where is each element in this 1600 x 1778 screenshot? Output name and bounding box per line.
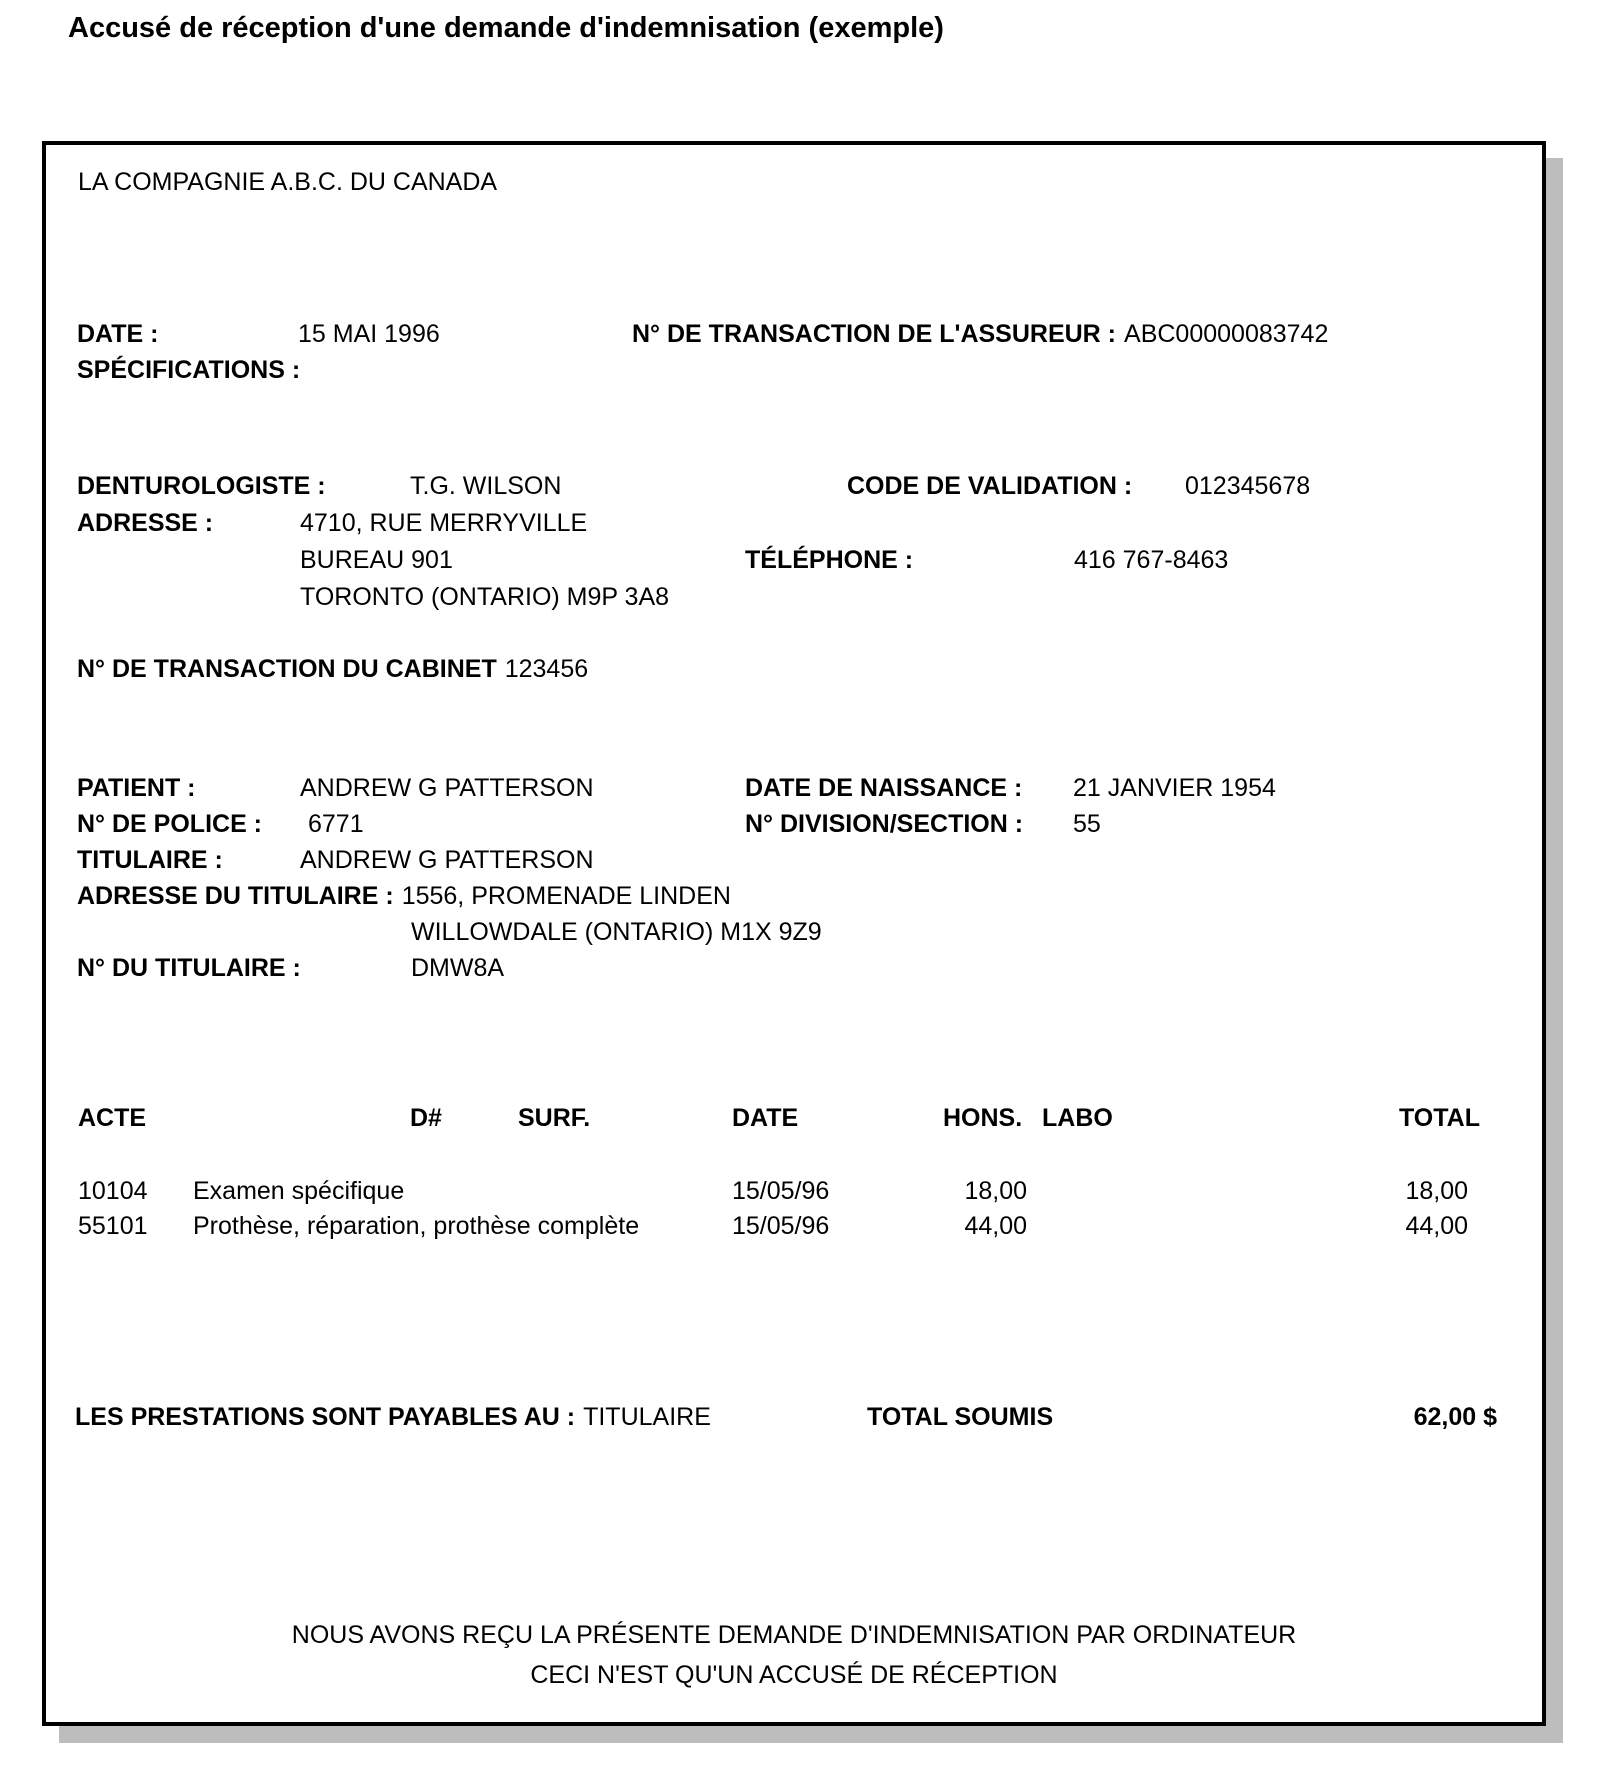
table-row: 55101 Prothèse, réparation, prothèse com… [46, 1211, 1542, 1243]
holder-id-label: N° DU TITULAIRE : [77, 953, 301, 983]
patient-value: ANDREW G PATTERSON [300, 773, 594, 803]
row-total: 44,00 [1405, 1211, 1468, 1241]
validation-code-value: 012345678 [1185, 471, 1310, 501]
row-code: 10104 [78, 1176, 148, 1206]
row-total: 18,00 [1405, 1176, 1468, 1206]
row-description: Examen spécifique [193, 1176, 404, 1206]
address-line2: BUREAU 901 [300, 545, 453, 575]
holder-value: ANDREW G PATTERSON [300, 845, 594, 875]
col-header-labo: LABO [1042, 1103, 1113, 1133]
specifications-label: SPÉCIFICATIONS : [77, 355, 300, 385]
date-value: 15 MAI 1996 [298, 319, 440, 349]
col-header-surf: SURF. [518, 1103, 590, 1133]
validation-code-label: CODE DE VALIDATION : [847, 471, 1132, 501]
col-header-hons: HONS. [943, 1103, 1022, 1133]
col-header-acte: ACTE [78, 1103, 146, 1133]
denturologist-label: DENTUROLOGISTE : [77, 471, 326, 501]
holder-address-label: ADRESSE DU TITULAIRE : [77, 882, 394, 910]
row-code: 55101 [78, 1211, 148, 1241]
table-row: 10104 Examen spécifique 15/05/96 18,00 1… [46, 1176, 1542, 1208]
page-title: Accusé de réception d'une demande d'inde… [68, 12, 944, 45]
col-header-date: DATE [732, 1103, 798, 1133]
footer-line1: NOUS AVONS REÇU LA PRÉSENTE DEMANDE D'IN… [46, 1620, 1542, 1650]
address-line3: TORONTO (ONTARIO) M9P 3A8 [300, 582, 669, 612]
office-transaction-label: N° DE TRANSACTION DU CABINET [77, 655, 497, 683]
insurer-transaction-label: N° DE TRANSACTION DE L'ASSUREUR : [632, 320, 1116, 348]
claim-receipt-document: LA COMPAGNIE A.B.C. DU CANADA DATE : 15 … [42, 141, 1546, 1726]
holder-label: TITULAIRE : [77, 845, 223, 875]
phone-value: 416 767-8463 [1074, 545, 1228, 575]
total-submitted-label: TOTAL SOUMIS [867, 1402, 1053, 1432]
policy-value: 6771 [308, 809, 364, 839]
holder-address-value2: WILLOWDALE (ONTARIO) M1X 9Z9 [411, 917, 822, 947]
payable-value: TITULAIRE [583, 1403, 711, 1431]
policy-label: N° DE POLICE : [77, 809, 262, 839]
row-date: 15/05/96 [732, 1211, 829, 1241]
footer-line2: CECI N'EST QU'UN ACCUSÉ DE RÉCEPTION [46, 1660, 1542, 1690]
payable-label: LES PRESTATIONS SONT PAYABLES AU : [75, 1403, 575, 1431]
col-header-total: TOTAL [1399, 1103, 1480, 1133]
holder-id-value: DMW8A [411, 953, 504, 983]
date-label: DATE : [77, 319, 158, 349]
division-label: N° DIVISION/SECTION : [745, 809, 1023, 839]
row-date: 15/05/96 [732, 1176, 829, 1206]
row-description: Prothèse, réparation, prothèse complète [193, 1211, 639, 1241]
address-line1: 4710, RUE MERRYVILLE [300, 508, 587, 538]
office-transaction-value: 123456 [505, 655, 588, 683]
phone-label: TÉLÉPHONE : [745, 545, 913, 575]
holder-address-value1: 1556, PROMENADE LINDEN [402, 882, 731, 910]
payable-line: LES PRESTATIONS SONT PAYABLES AU :TITULA… [75, 1402, 711, 1432]
patient-label: PATIENT : [77, 773, 196, 803]
address-label: ADRESSE : [77, 508, 213, 538]
insurer-transaction-line: N° DE TRANSACTION DE L'ASSUREUR :ABC0000… [632, 319, 1328, 349]
company-name: LA COMPAGNIE A.B.C. DU CANADA [78, 167, 497, 197]
birthdate-value: 21 JANVIER 1954 [1073, 773, 1276, 803]
total-submitted-value: 62,00 $ [1414, 1402, 1497, 1432]
denturologist-value: T.G. WILSON [410, 471, 561, 501]
insurer-transaction-value: ABC00000083742 [1124, 320, 1328, 348]
birthdate-label: DATE DE NAISSANCE : [745, 773, 1022, 803]
row-fees: 44,00 [964, 1211, 1027, 1241]
col-header-d-num: D# [410, 1103, 442, 1133]
page: Accusé de réception d'une demande d'inde… [0, 0, 1600, 1778]
row-fees: 18,00 [964, 1176, 1027, 1206]
division-value: 55 [1073, 809, 1101, 839]
table-header-row: ACTE D# SURF. DATE HONS. LABO TOTAL [46, 1103, 1542, 1135]
holder-address-line: ADRESSE DU TITULAIRE :1556, PROMENADE LI… [77, 881, 731, 911]
office-transaction-line: N° DE TRANSACTION DU CABINET123456 [77, 654, 588, 684]
